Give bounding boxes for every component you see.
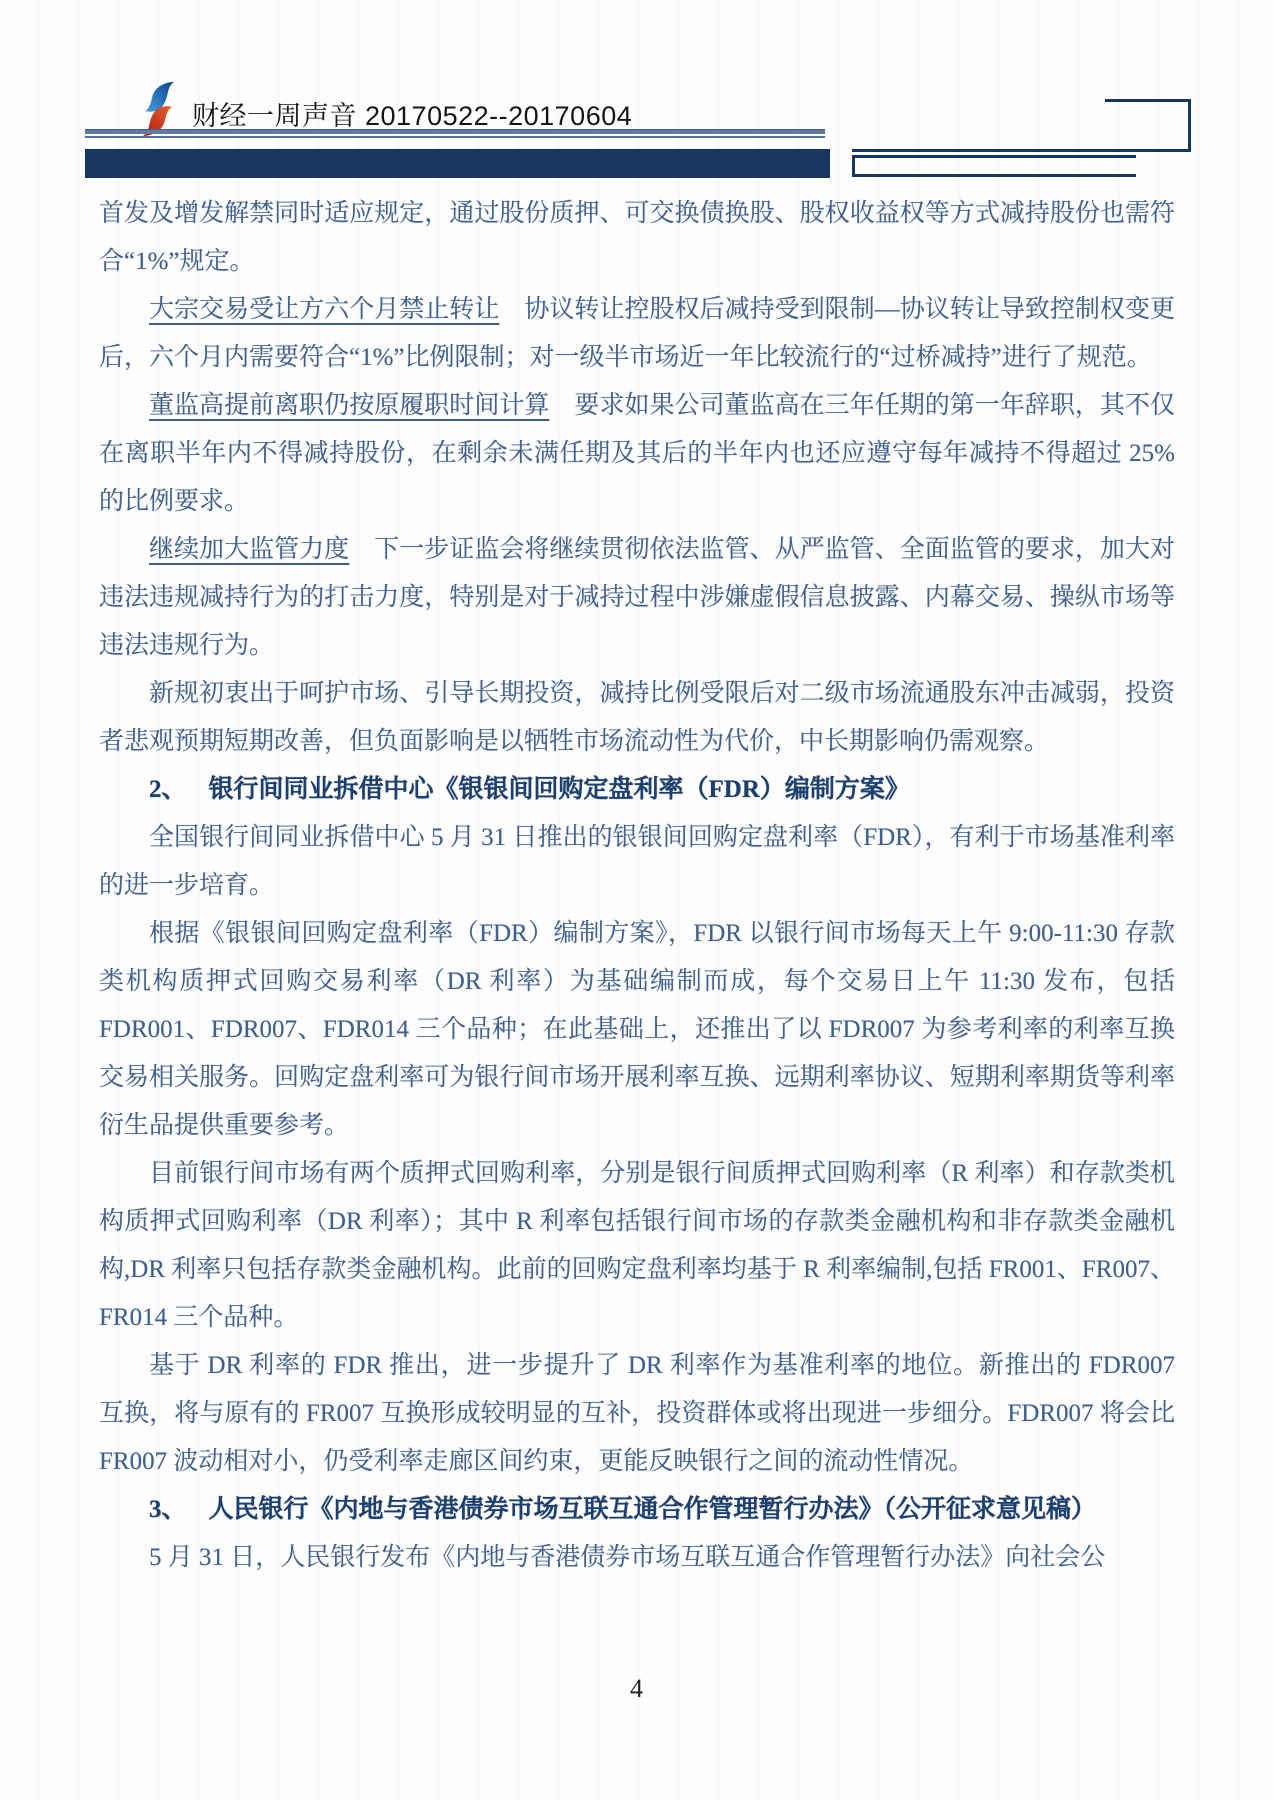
header-title: 财经一周声音 20170522--20170604 xyxy=(192,94,632,133)
paragraph-text: 目前银行间市场有两个质押式回购利率，分别是银行间质押式回购利率（R 利率）和存款… xyxy=(99,1160,1175,1331)
paragraph: 全国银行间同业拆借中心 5 月 31 日推出的银银间回购定盘利率（FDR），有利… xyxy=(99,814,1175,910)
paragraph: 大宗交易受让方六个月禁止转让 协议转让控股权后减持受到限制—协议转让导致控制权变… xyxy=(99,286,1175,382)
paragraph-text: 根据《银银间回购定盘利率（FDR）编制方案》，FDR 以银行间市场每天上午 9:… xyxy=(99,920,1175,1139)
paragraph-text: 首发及增发解禁同时适应规定，通过股份质押、可交换债换股、股权收益权等方式减持股份… xyxy=(99,200,1175,275)
corner-bracket-outline xyxy=(1105,99,1191,152)
page-number: 4 xyxy=(630,1674,643,1703)
header-rule xyxy=(85,129,825,138)
page-footer: 4 xyxy=(0,1674,1273,1704)
section-number: 3、 xyxy=(149,1496,187,1523)
section-heading: 2、银行间同业拆借中心《银银间回购定盘利率（FDR）编制方案》 xyxy=(99,766,1175,814)
paragraph-text: 新规初衷出于呵护市场、引导长期投资，减持比例受限后对二级市场流通股东冲击减弱，投… xyxy=(99,680,1175,755)
paragraph: 新规初衷出于呵护市场、引导长期投资，减持比例受限后对二级市场流通股东冲击减弱，投… xyxy=(99,670,1175,766)
section-heading: 3、人民银行《内地与香港债券市场互联互通合作管理暂行办法》（公开征求意见稿） xyxy=(99,1486,1175,1534)
corner-bracket-underline xyxy=(852,149,1191,152)
underlined-lead-phrase: 董监高提前离职仍按原履职时间计算 xyxy=(149,392,549,419)
paragraph-text: 5 月 31 日，人民银行发布《内地与香港债券市场互联互通合作管理暂行办法》向社… xyxy=(149,1544,1105,1571)
paragraph-text: 基于 DR 利率的 FDR 推出，进一步提升了 DR 利率作为基准利率的地位。新… xyxy=(99,1352,1175,1475)
open-box-outline xyxy=(852,155,1136,177)
paragraph: 基于 DR 利率的 FDR 推出，进一步提升了 DR 利率作为基准利率的地位。新… xyxy=(99,1342,1175,1486)
document-page: 财经一周声音 20170522--20170604 首发及增发解禁同时适应规定，… xyxy=(0,0,1273,1800)
underlined-lead-phrase: 继续加大监管力度 xyxy=(149,536,349,563)
section-title: 人民银行《内地与香港债券市场互联互通合作管理暂行办法》（公开征求意见稿） xyxy=(209,1496,1097,1523)
paragraph: 董监高提前离职仍按原履职时间计算 要求如果公司董监高在三年任期的第一年辞职，其不… xyxy=(99,382,1175,526)
paragraph: 5 月 31 日，人民银行发布《内地与香港债券市场互联互通合作管理暂行办法》向社… xyxy=(99,1534,1175,1582)
paragraph: 首发及增发解禁同时适应规定，通过股份质押、可交换债换股、股权收益权等方式减持股份… xyxy=(99,190,1175,286)
section-title: 银行间同业拆借中心《银银间回购定盘利率（FDR）编制方案》 xyxy=(209,776,910,803)
paragraph: 继续加大监管力度 下一步证监会将继续贯彻依法监管、从严监管、全面监管的要求，加大… xyxy=(99,526,1175,670)
document-body: 首发及增发解禁同时适应规定，通过股份质押、可交换债换股、股权收益权等方式减持股份… xyxy=(99,190,1175,1582)
paragraph: 根据《银银间回购定盘利率（FDR）编制方案》，FDR 以银行间市场每天上午 9:… xyxy=(99,910,1175,1150)
section-number: 2、 xyxy=(149,776,187,803)
underlined-lead-phrase: 大宗交易受让方六个月禁止转让 xyxy=(149,296,499,323)
paragraph: 目前银行间市场有两个质押式回购利率，分别是银行间质押式回购利率（R 利率）和存款… xyxy=(99,1150,1175,1342)
paragraph-text: 全国银行间同业拆借中心 5 月 31 日推出的银银间回购定盘利率（FDR），有利… xyxy=(99,824,1175,899)
header-navy-bar xyxy=(85,149,830,178)
